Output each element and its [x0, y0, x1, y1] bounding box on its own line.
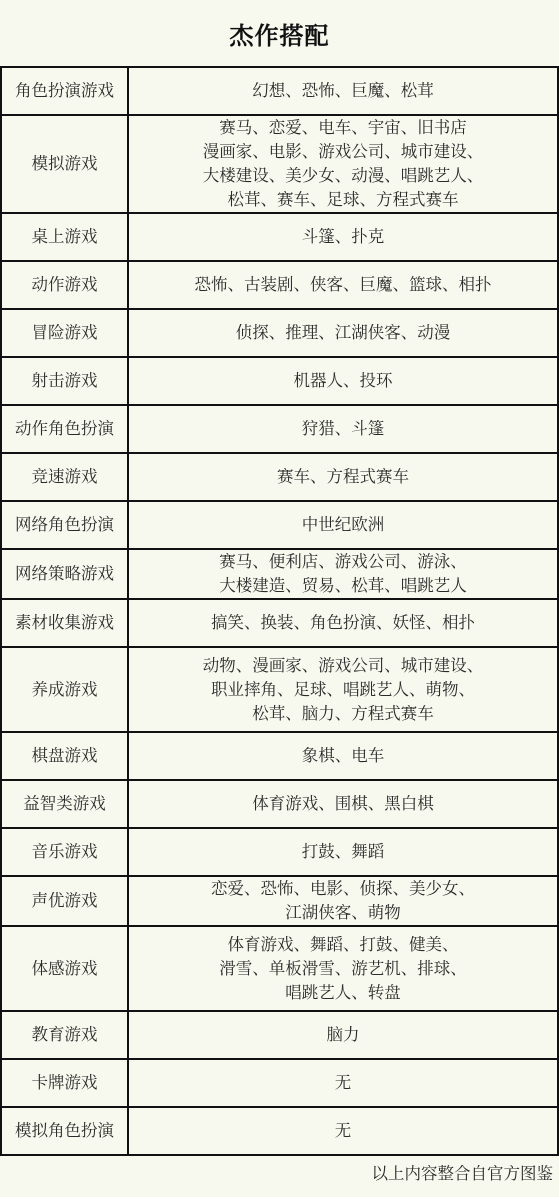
themes-cell: 无 — [128, 1107, 558, 1155]
genre-cell: 棋盘游戏 — [1, 732, 128, 780]
genre-cell: 冒险游戏 — [1, 309, 128, 357]
genre-cell: 益智类游戏 — [1, 780, 128, 828]
themes-line: 斗篷、扑克 — [133, 225, 553, 249]
genre-cell: 角色扮演游戏 — [1, 67, 128, 115]
themes-cell: 狩猎、斗篷 — [128, 405, 558, 453]
themes-cell: 搞笑、换装、角色扮演、妖怪、相扑 — [128, 599, 558, 647]
themes-line: 象棋、电车 — [133, 744, 553, 768]
table-body: 角色扮演游戏幻想、恐怖、巨魔、松茸模拟游戏赛马、恋爱、电车、宇宙、旧书店漫画家、… — [1, 67, 558, 1155]
themes-cell: 体育游戏、舞蹈、打鼓、健美、滑雪、单板滑雪、游艺机、排球、唱跳艺人、转盘 — [128, 926, 558, 1011]
table-row: 素材收集游戏搞笑、换装、角色扮演、妖怪、相扑 — [1, 599, 558, 647]
genre-cell: 音乐游戏 — [1, 828, 128, 876]
genre-cell: 竞速游戏 — [1, 453, 128, 501]
genre-cell: 体感游戏 — [1, 926, 128, 1011]
table-row: 网络角色扮演中世纪欧洲 — [1, 501, 558, 549]
table-row: 教育游戏脑力 — [1, 1011, 558, 1059]
table-row: 动作游戏恐怖、古装剧、侠客、巨魔、篮球、相扑 — [1, 261, 558, 309]
themes-cell: 体育游戏、围棋、黑白棋 — [128, 780, 558, 828]
themes-line: 中世纪欧洲 — [133, 513, 553, 537]
themes-cell: 恋爱、恐怖、电影、侦探、美少女、江湖侠客、萌物 — [128, 876, 558, 926]
table-row: 动作角色扮演狩猎、斗篷 — [1, 405, 558, 453]
themes-cell: 赛车、方程式赛车 — [128, 453, 558, 501]
themes-cell: 赛马、便利店、游戏公司、游泳、大楼建造、贸易、松茸、唱跳艺人 — [128, 549, 558, 599]
themes-line: 赛马、恋爱、电车、宇宙、旧书店 — [133, 116, 553, 140]
themes-line: 打鼓、舞蹈 — [133, 840, 553, 864]
themes-line: 漫画家、电影、游戏公司、城市建设、 — [133, 140, 553, 164]
table-row: 模拟游戏赛马、恋爱、电车、宇宙、旧书店漫画家、电影、游戏公司、城市建设、大楼建设… — [1, 115, 558, 213]
themes-line: 大楼建造、贸易、松茸、唱跳艺人 — [133, 574, 553, 598]
themes-cell: 侦探、推理、江湖侠客、动漫 — [128, 309, 558, 357]
table-row: 音乐游戏打鼓、舞蹈 — [1, 828, 558, 876]
themes-line: 无 — [133, 1071, 553, 1095]
genre-cell: 养成游戏 — [1, 647, 128, 732]
themes-line: 职业摔角、足球、唱跳艺人、萌物、 — [133, 678, 553, 702]
themes-line: 狩猎、斗篷 — [133, 417, 553, 441]
genre-cell: 射击游戏 — [1, 357, 128, 405]
themes-line: 机器人、投环 — [133, 369, 553, 393]
genre-cell: 卡牌游戏 — [1, 1059, 128, 1107]
table-row: 射击游戏机器人、投环 — [1, 357, 558, 405]
themes-cell: 脑力 — [128, 1011, 558, 1059]
table-row: 卡牌游戏无 — [1, 1059, 558, 1107]
table-row: 声优游戏恋爱、恐怖、电影、侦探、美少女、江湖侠客、萌物 — [1, 876, 558, 926]
genre-cell: 网络角色扮演 — [1, 501, 128, 549]
themes-cell: 恐怖、古装剧、侠客、巨魔、篮球、相扑 — [128, 261, 558, 309]
themes-line: 动物、漫画家、游戏公司、城市建设、 — [133, 654, 553, 678]
themes-line: 江湖侠客、萌物 — [133, 901, 553, 925]
page-title: 杰作搭配 — [0, 0, 559, 66]
genre-cell: 教育游戏 — [1, 1011, 128, 1059]
themes-cell: 赛马、恋爱、电车、宇宙、旧书店漫画家、电影、游戏公司、城市建设、大楼建设、美少女… — [128, 115, 558, 213]
themes-line: 无 — [133, 1119, 553, 1143]
themes-line: 体育游戏、舞蹈、打鼓、健美、 — [133, 933, 553, 957]
table-row: 体感游戏体育游戏、舞蹈、打鼓、健美、滑雪、单板滑雪、游艺机、排球、唱跳艺人、转盘 — [1, 926, 558, 1011]
genre-cell: 动作角色扮演 — [1, 405, 128, 453]
themes-cell: 无 — [128, 1059, 558, 1107]
table-row: 冒险游戏侦探、推理、江湖侠客、动漫 — [1, 309, 558, 357]
themes-cell: 机器人、投环 — [128, 357, 558, 405]
themes-line: 脑力 — [133, 1023, 553, 1047]
themes-line: 赛车、方程式赛车 — [133, 465, 553, 489]
table-row: 养成游戏动物、漫画家、游戏公司、城市建设、职业摔角、足球、唱跳艺人、萌物、松茸、… — [1, 647, 558, 732]
themes-cell: 象棋、电车 — [128, 732, 558, 780]
themes-line: 大楼建设、美少女、动漫、唱跳艺人、 — [133, 164, 553, 188]
genre-cell: 素材收集游戏 — [1, 599, 128, 647]
table-row: 益智类游戏体育游戏、围棋、黑白棋 — [1, 780, 558, 828]
genre-cell: 模拟游戏 — [1, 115, 128, 213]
themes-line: 幻想、恐怖、巨魔、松茸 — [133, 79, 553, 103]
themes-cell: 打鼓、舞蹈 — [128, 828, 558, 876]
themes-line: 侦探、推理、江湖侠客、动漫 — [133, 321, 553, 345]
themes-cell: 动物、漫画家、游戏公司、城市建设、职业摔角、足球、唱跳艺人、萌物、松茸、脑力、方… — [128, 647, 558, 732]
genre-cell: 模拟角色扮演 — [1, 1107, 128, 1155]
genre-cell: 声优游戏 — [1, 876, 128, 926]
themes-cell: 幻想、恐怖、巨魔、松茸 — [128, 67, 558, 115]
themes-line: 恐怖、古装剧、侠客、巨魔、篮球、相扑 — [133, 273, 553, 297]
table-row: 棋盘游戏象棋、电车 — [1, 732, 558, 780]
themes-cell: 斗篷、扑克 — [128, 213, 558, 261]
themes-line: 唱跳艺人、转盘 — [133, 981, 553, 1005]
genre-cell: 桌上游戏 — [1, 213, 128, 261]
genre-cell: 网络策略游戏 — [1, 549, 128, 599]
themes-line: 恋爱、恐怖、电影、侦探、美少女、 — [133, 877, 553, 901]
table-row: 竞速游戏赛车、方程式赛车 — [1, 453, 558, 501]
themes-line: 滑雪、单板滑雪、游艺机、排球、 — [133, 957, 553, 981]
themes-line: 搞笑、换装、角色扮演、妖怪、相扑 — [133, 611, 553, 635]
themes-line: 松茸、赛车、足球、方程式赛车 — [133, 188, 553, 212]
genre-cell: 动作游戏 — [1, 261, 128, 309]
table-row: 网络策略游戏赛马、便利店、游戏公司、游泳、大楼建造、贸易、松茸、唱跳艺人 — [1, 549, 558, 599]
themes-line: 赛马、便利店、游戏公司、游泳、 — [133, 550, 553, 574]
themes-line: 松茸、脑力、方程式赛车 — [133, 702, 553, 726]
themes-cell: 中世纪欧洲 — [128, 501, 558, 549]
table-row: 模拟角色扮演无 — [1, 1107, 558, 1155]
table-row: 角色扮演游戏幻想、恐怖、巨魔、松茸 — [1, 67, 558, 115]
masterpiece-combo-table: 角色扮演游戏幻想、恐怖、巨魔、松茸模拟游戏赛马、恋爱、电车、宇宙、旧书店漫画家、… — [0, 66, 559, 1156]
table-row: 桌上游戏斗篷、扑克 — [1, 213, 558, 261]
themes-line: 体育游戏、围棋、黑白棋 — [133, 792, 553, 816]
source-note: 以上内容整合自官方图鉴 — [372, 1160, 554, 1184]
